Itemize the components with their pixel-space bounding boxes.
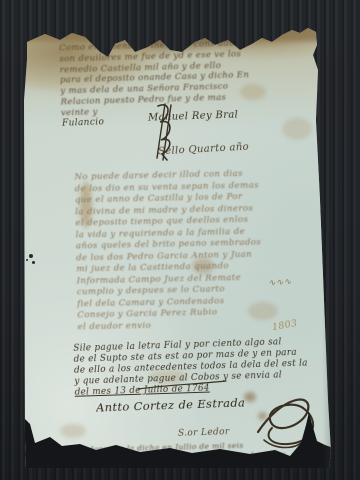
manuscript-page: Como ena mensora ine ellad cons ado de s…: [20, 26, 336, 468]
stain: [282, 118, 312, 140]
stain: [60, 424, 86, 438]
ink-spot: [32, 261, 35, 264]
ink-spot: [29, 254, 33, 258]
margin-scribble: ∿∿∿: [268, 277, 292, 289]
photo-background: Como ena mensora ine ellad cons ado de s…: [0, 0, 360, 480]
attestation-name: Fulancio: [62, 117, 105, 128]
stain: [258, 412, 267, 420]
ink-spot: [26, 259, 28, 261]
opening-paragraph: Como ena mensora ine ellad cons ado de s…: [59, 37, 303, 119]
closing-paragraph: Sile pague la letra Fial y por ciento al…: [73, 336, 317, 399]
signature-name: Antto Cortez de Estrada: [96, 395, 246, 414]
page-edge-shadow: [322, 26, 336, 468]
section-heading: Sello Quarto año: [158, 142, 249, 158]
stain: [244, 392, 256, 402]
body-paragraph: No puede darse decir illod con dias de l…: [74, 168, 303, 334]
addressee-line: S.or Ledor: [178, 427, 230, 439]
